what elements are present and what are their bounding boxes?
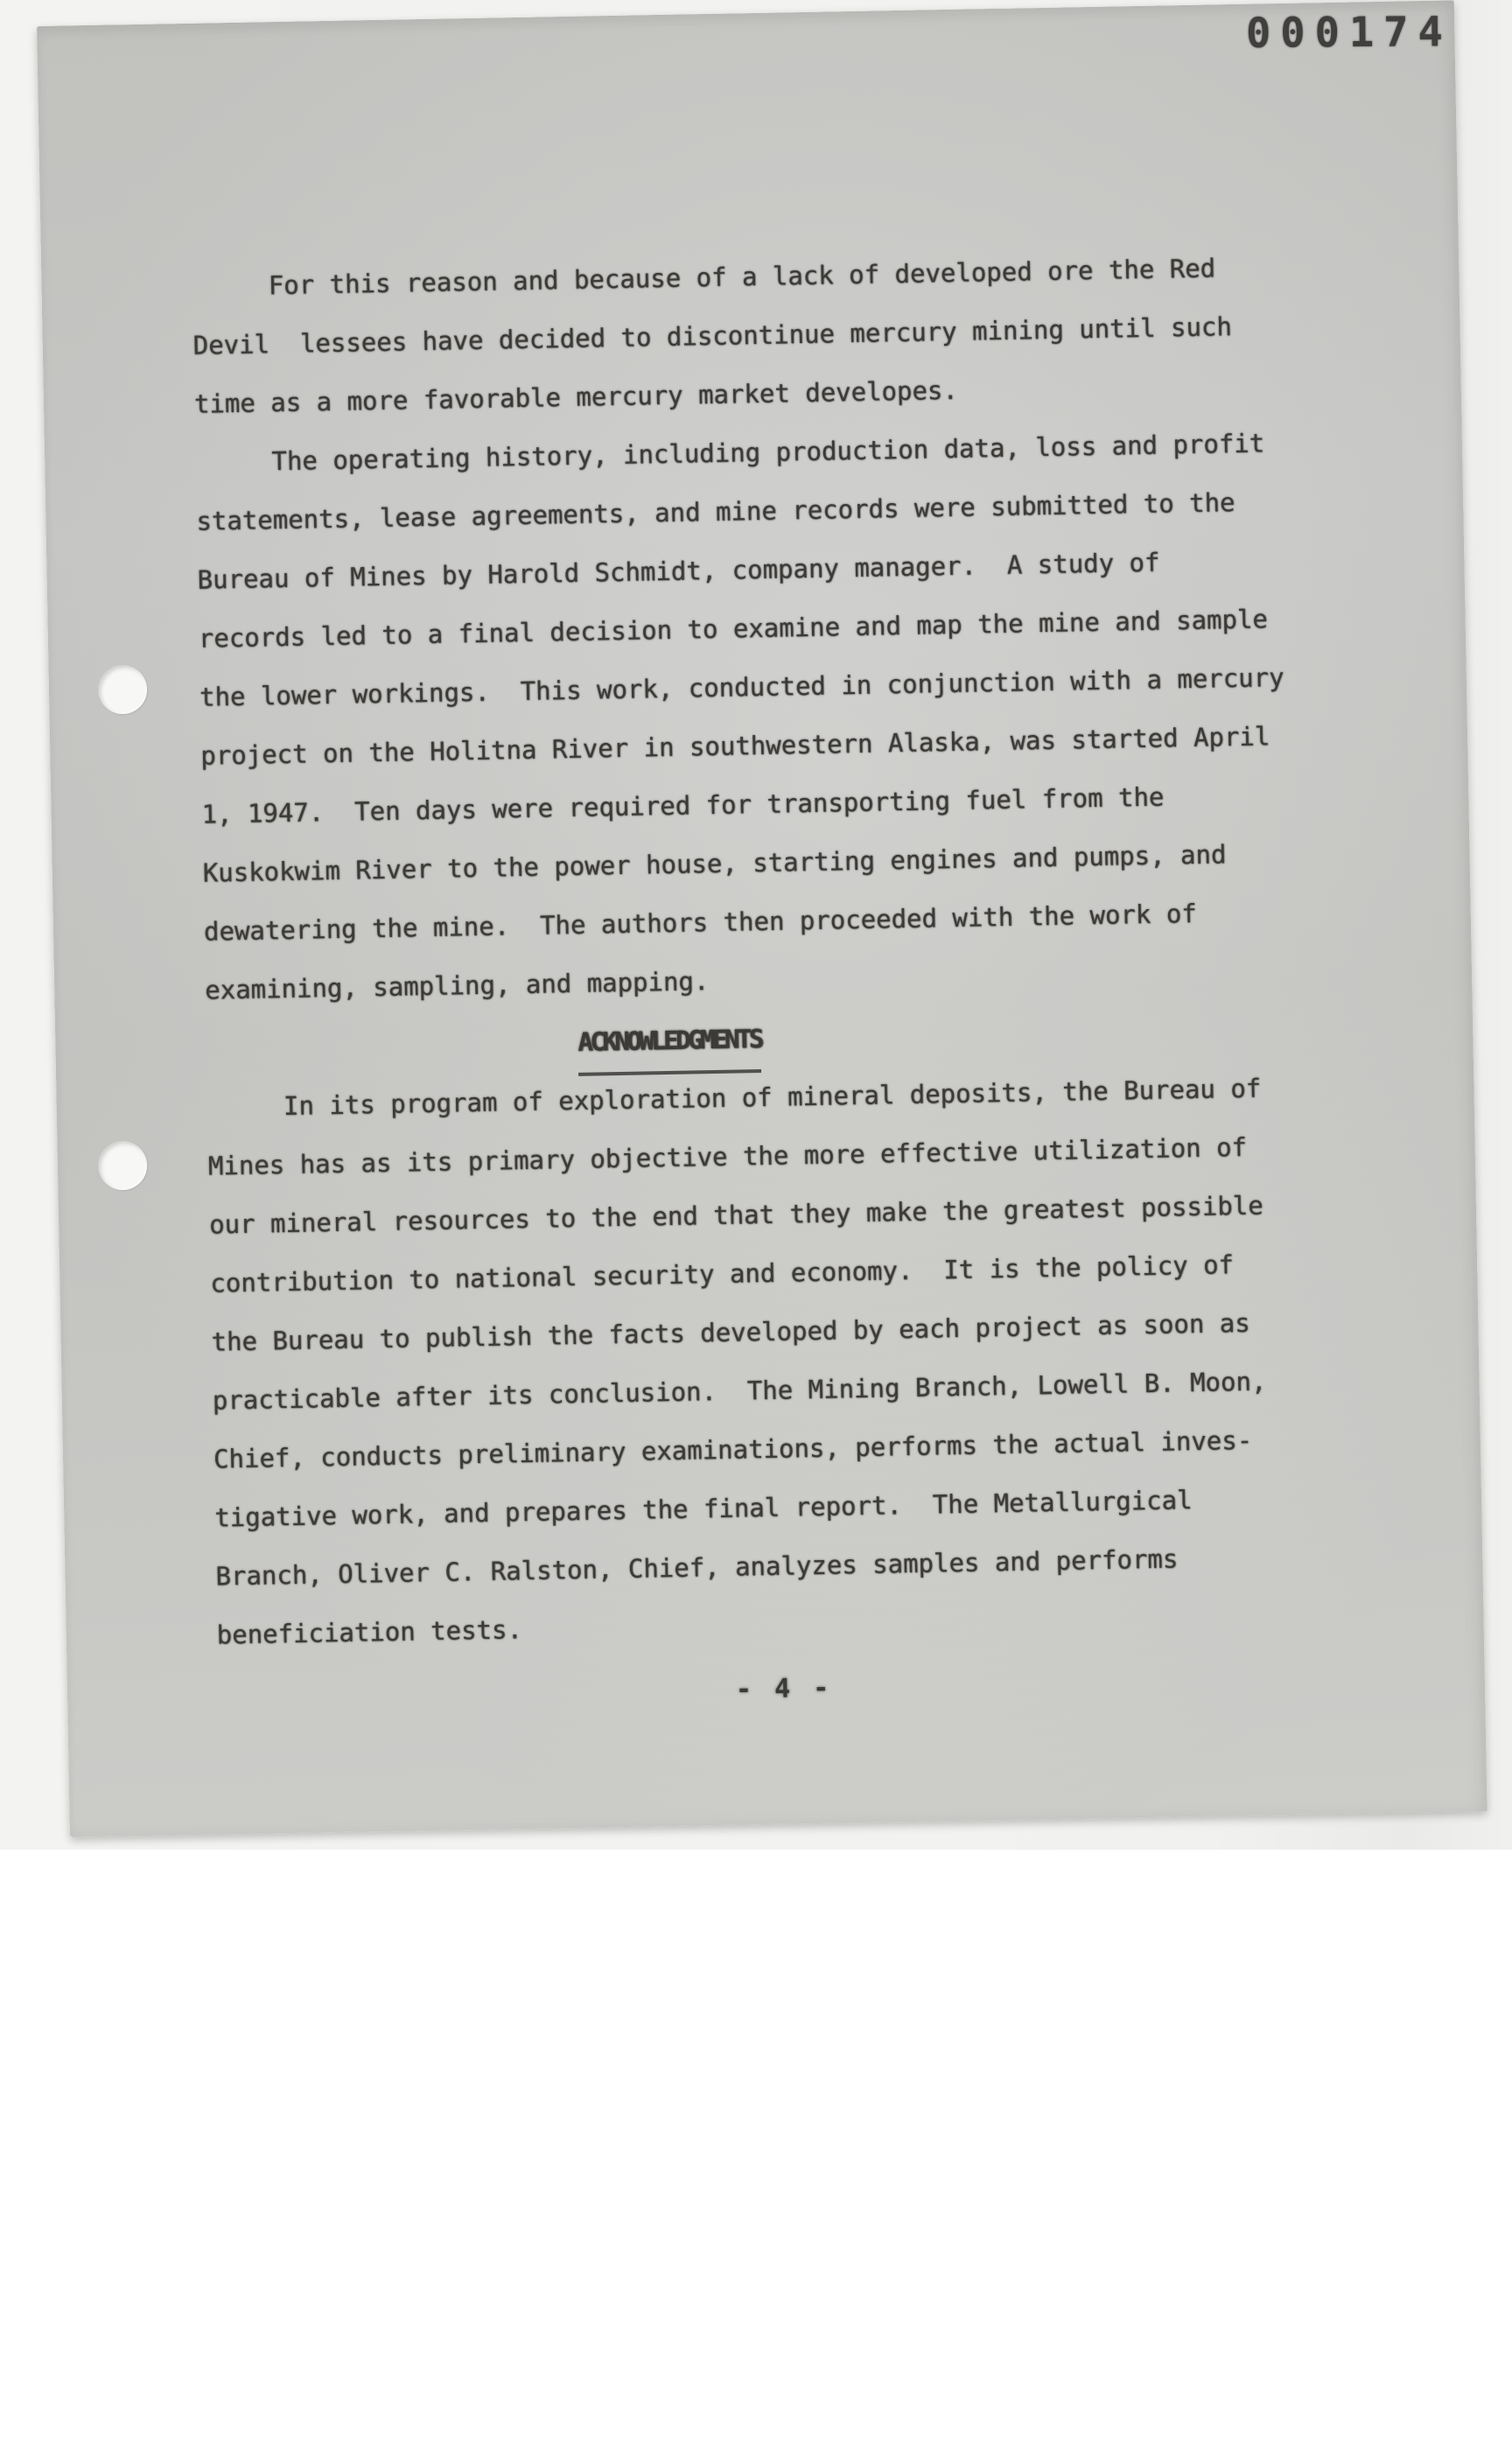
section-heading: ACKNOWLEDGMENTS: [577, 1010, 762, 1076]
document-sheet: For this reason and because of a lack of…: [37, 0, 1487, 1837]
scanner-backing: [0, 1850, 1512, 2450]
scan-background: For this reason and because of a lack of…: [0, 0, 1512, 1850]
typewritten-text: For this reason and because of a lack of…: [192, 237, 1355, 1715]
page-number: - 4 -: [736, 1663, 1356, 1705]
punch-hole-top-icon: [98, 665, 147, 714]
punch-hole-bottom-icon: [98, 1141, 147, 1190]
stamp-number: 000174: [1246, 8, 1452, 58]
